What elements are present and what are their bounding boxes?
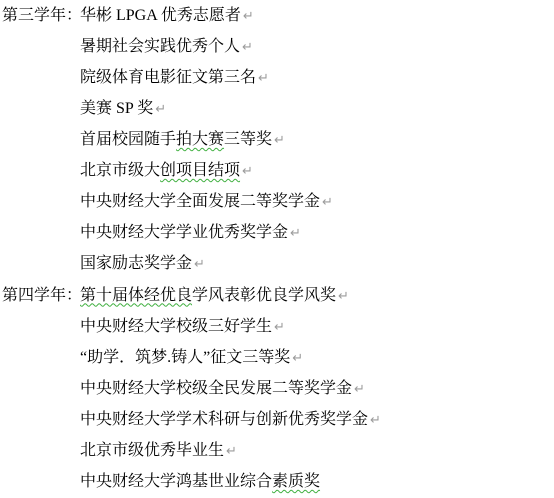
award-text: 华彬 LPGA 优秀志愿者↵ bbox=[80, 8, 254, 24]
award-line: 中央财经大学校级全民发展二等奖学金↵ bbox=[0, 373, 554, 404]
award-text: “助学．筑梦.铸人”征文三等奖↵ bbox=[80, 350, 303, 366]
paragraph-mark-icon: ↵ bbox=[292, 351, 303, 366]
award-text: 中央财经大学鸿基世业综合素质奖 bbox=[80, 474, 320, 490]
paragraph-mark-icon: ↵ bbox=[242, 164, 253, 179]
paragraph-mark-icon: ↵ bbox=[226, 444, 237, 459]
text-segment: 三等奖 bbox=[224, 131, 272, 148]
award-text: 中央财经大学校级三好学生↵ bbox=[80, 319, 285, 335]
text-segment: 北京市级大 bbox=[80, 162, 160, 179]
text-segment: 北京市级优秀毕业生 bbox=[80, 442, 224, 459]
year-label: 第四学年： bbox=[2, 288, 80, 304]
paragraph-mark-icon: ↵ bbox=[274, 133, 285, 148]
paragraph-mark-icon: ↵ bbox=[274, 320, 285, 335]
award-lines: 第三学年：华彬 LPGA 优秀志愿者↵暑期社会实践优秀个人↵院级体育电影征文第三… bbox=[0, 0, 554, 498]
text-segment: 中央财经大学校级三好学生 bbox=[80, 318, 272, 335]
award-line: 暑期社会实践优秀个人↵ bbox=[0, 31, 554, 62]
award-line: 中央财经大学校级三好学生↵ bbox=[0, 311, 554, 342]
award-line: 第四学年：第十届体经优良学风表彰优良学风奖↵ bbox=[0, 280, 554, 311]
award-text: 北京市级大创项目结项↵ bbox=[80, 163, 253, 179]
award-line: 北京市级优秀毕业生↵ bbox=[0, 436, 554, 467]
award-line: 院级体育电影征文第三名↵ bbox=[0, 62, 554, 93]
spellcheck-flagged-text: 创项目结项 bbox=[160, 162, 240, 179]
text-segment: 中央财经大学校级全民发展二等奖学金 bbox=[80, 380, 352, 397]
award-line: 中央财经大学学业优秀奖学金↵ bbox=[0, 218, 554, 249]
award-line: 中央财经大学鸿基世业综合素质奖 bbox=[0, 467, 554, 498]
award-line: 中央财经大学学术科研与创新优秀奖学金↵ bbox=[0, 404, 554, 435]
award-text: 院级体育电影征文第三名↵ bbox=[80, 70, 269, 86]
text-segment: 中央财经大学鸿基世业综合 bbox=[80, 473, 272, 490]
text-segment: 院级体育电影征文第三名 bbox=[80, 69, 256, 86]
paragraph-mark-icon: ↵ bbox=[338, 289, 349, 304]
text-segment: 学风表彰优良学风奖 bbox=[192, 287, 336, 304]
spellcheck-flagged-text: 素质奖 bbox=[272, 473, 320, 490]
text-segment: 中央财经大学学术科研与创新优秀奖学金 bbox=[80, 411, 368, 428]
award-text: 中央财经大学全面发展二等奖学金↵ bbox=[80, 194, 333, 210]
award-text: 国家励志奖学金↵ bbox=[80, 256, 205, 272]
award-line: 第三学年：华彬 LPGA 优秀志愿者↵ bbox=[0, 0, 554, 31]
award-text: 中央财经大学学术科研与创新优秀奖学金↵ bbox=[80, 412, 381, 428]
paragraph-mark-icon: ↵ bbox=[290, 226, 301, 241]
spellcheck-flagged-text: 拍大赛 bbox=[176, 131, 224, 148]
award-text: 暑期社会实践优秀个人↵ bbox=[80, 39, 253, 55]
award-line: 中央财经大学全面发展二等奖学金↵ bbox=[0, 187, 554, 218]
text-segment: 国家励志奖学金 bbox=[80, 255, 192, 272]
award-text: 首届校园随手拍大赛三等奖↵ bbox=[80, 132, 285, 148]
award-text: 北京市级优秀毕业生↵ bbox=[80, 443, 237, 459]
paragraph-mark-icon: ↵ bbox=[155, 102, 166, 117]
award-text: 中央财经大学学业优秀奖学金↵ bbox=[80, 225, 301, 241]
paragraph-mark-icon: ↵ bbox=[258, 71, 269, 86]
award-text: 第十届体经优良学风表彰优良学风奖↵ bbox=[80, 288, 349, 304]
paragraph-mark-icon: ↵ bbox=[370, 413, 381, 428]
spellcheck-flagged-text: 第十届体经优良 bbox=[80, 287, 192, 304]
paragraph-mark-icon: ↵ bbox=[322, 195, 333, 210]
award-line: 美赛 SP 奖↵ bbox=[0, 93, 554, 124]
award-line: 北京市级大创项目结项↵ bbox=[0, 156, 554, 187]
paragraph-mark-icon: ↵ bbox=[243, 9, 254, 24]
text-segment: “助学．筑梦.铸人”征文三等奖 bbox=[80, 349, 290, 366]
award-text: 中央财经大学校级全民发展二等奖学金↵ bbox=[80, 381, 365, 397]
award-line: “助学．筑梦.铸人”征文三等奖↵ bbox=[0, 342, 554, 373]
paragraph-mark-icon: ↵ bbox=[354, 382, 365, 397]
text-segment: 中央财经大学全面发展二等奖学金 bbox=[80, 193, 320, 210]
paragraph-mark-icon: ↵ bbox=[242, 40, 253, 55]
text-segment: 美赛 SP 奖 bbox=[80, 100, 153, 117]
year-label: 第三学年： bbox=[2, 8, 80, 24]
document-page: 第三学年：华彬 LPGA 优秀志愿者↵暑期社会实践优秀个人↵院级体育电影征文第三… bbox=[0, 0, 554, 498]
award-line: 首届校园随手拍大赛三等奖↵ bbox=[0, 124, 554, 155]
text-segment: 暑期社会实践优秀个人 bbox=[80, 38, 240, 55]
award-line: 国家励志奖学金↵ bbox=[0, 249, 554, 280]
paragraph-mark-icon: ↵ bbox=[194, 257, 205, 272]
text-segment: 华彬 LPGA 优秀志愿者 bbox=[80, 7, 241, 24]
text-segment: 中央财经大学学业优秀奖学金 bbox=[80, 224, 288, 241]
award-text: 美赛 SP 奖↵ bbox=[80, 101, 166, 117]
text-segment: 首届校园随手 bbox=[80, 131, 176, 148]
